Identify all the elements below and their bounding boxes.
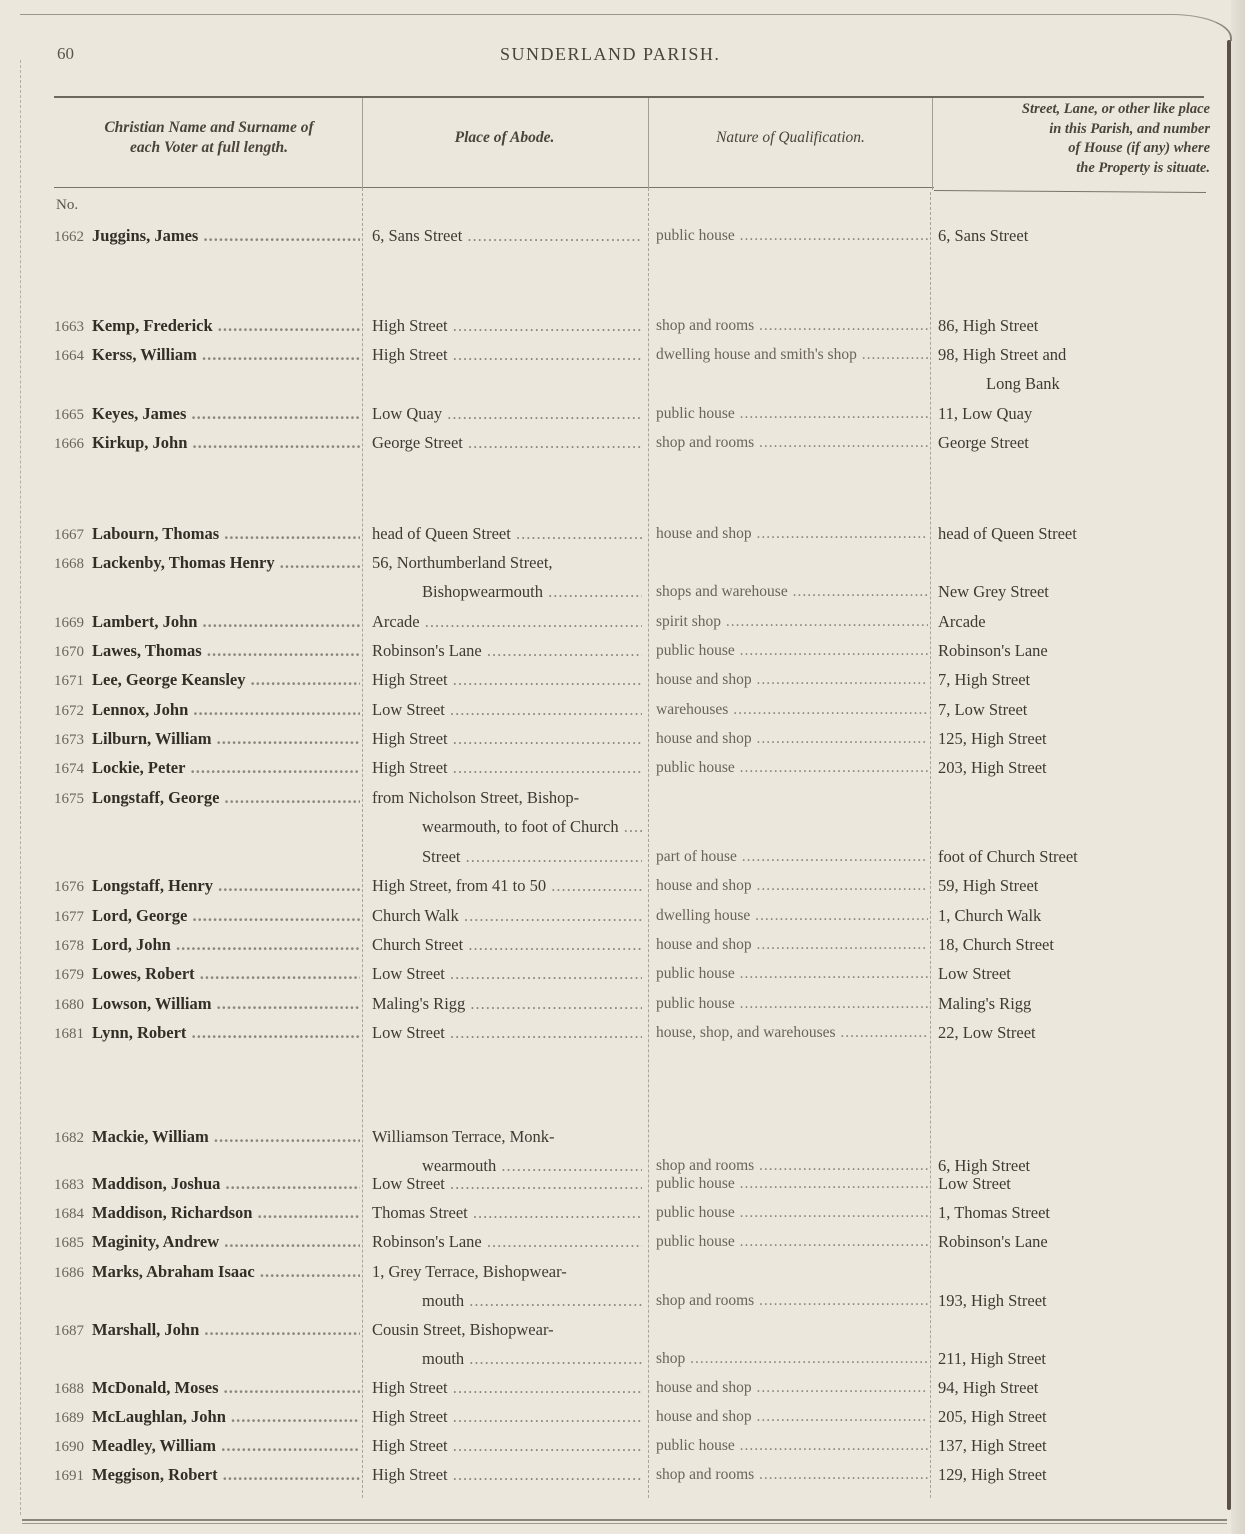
place-of-abode: High Street ............................… (372, 316, 642, 336)
dot-leader: ........................................… (728, 701, 928, 718)
property-location: head of Queen Street (938, 524, 1077, 544)
dot-leader: ........................................… (543, 582, 642, 601)
voter-number: 1691 (54, 1466, 84, 1486)
nature-of-qualification: public house ...........................… (656, 1174, 928, 1194)
dot-leader: ........................................… (836, 1024, 928, 1041)
dot-leader: ........................................… (735, 965, 928, 982)
voter-name: Lawes, Thomas ..........................… (92, 641, 360, 661)
column-header-name-line2: each Voter at full length. (54, 138, 364, 158)
dot-leader: ........................................… (188, 700, 360, 719)
voter-number: 1673 (54, 730, 84, 750)
dot-leader: ........................................… (213, 316, 360, 335)
column-divider-2 (648, 188, 649, 1498)
dot-leader: ........................................… (735, 995, 928, 1012)
dot-leader: ........................................… (185, 758, 360, 777)
dot-leader: ........................................… (754, 1292, 928, 1309)
voter-name: Lowson, William ........................… (92, 994, 360, 1014)
voter-number: 1685 (54, 1233, 84, 1253)
voter-name: Lord, George ...........................… (92, 906, 360, 926)
header-divider-1 (362, 98, 363, 188)
place-of-abode: Low Street .............................… (372, 700, 642, 720)
dot-leader: ........................................… (195, 964, 360, 983)
voter-name: Maginity, Andrew .......................… (92, 1232, 360, 1252)
dot-leader: ........................................… (788, 583, 928, 600)
page-top-curve (20, 14, 1232, 41)
place-of-abode: Robinson's Lane ........................… (372, 641, 642, 661)
property-location: Robinson's Lane (938, 641, 1048, 661)
voter-number: 1687 (54, 1321, 84, 1341)
dot-leader: ........................................… (445, 1174, 642, 1193)
nature-of-qualification: dwelling house and smith's shop ........… (656, 345, 928, 365)
dot-leader: ........................................… (197, 345, 360, 364)
property-location: 94, High Street (938, 1378, 1038, 1398)
nature-of-qualification: shops and warehouse ....................… (656, 582, 928, 602)
voter-number: 1665 (54, 405, 84, 425)
column-header-property-line1: Street, Lane, or other like place (932, 100, 1210, 120)
voter-name: Juggins, James .........................… (92, 226, 360, 246)
dot-leader: ........................................… (496, 1156, 642, 1175)
nature-of-qualification: shop and rooms .........................… (656, 433, 928, 453)
voter-name: Lynn, Robert ...........................… (92, 1023, 360, 1043)
dot-leader: ........................................… (752, 671, 928, 688)
nature-of-qualification: public house ...........................… (656, 758, 928, 778)
place-of-abode: head of Queen Street ...................… (372, 524, 642, 544)
dot-leader: ........................................… (448, 1378, 642, 1397)
place-of-abode: 6, Sans Street .........................… (372, 226, 642, 246)
dot-leader: ........................................… (218, 1465, 360, 1484)
property-location: Long Bank (986, 374, 1060, 394)
nature-of-qualification: public house ...........................… (656, 1436, 928, 1456)
dot-leader: ........................................… (685, 1350, 928, 1367)
place-of-abode: Thomas Street ..........................… (372, 1203, 642, 1223)
voter-name: Lambert, John ..........................… (92, 612, 360, 632)
dot-leader: ........................................… (735, 1233, 928, 1250)
property-location: George Street (938, 433, 1029, 453)
column-header-property-line2: in this Parish, and number (932, 120, 1210, 140)
property-location: 22, Low Street (938, 1023, 1036, 1043)
place-of-abode: mouth ..................................… (422, 1291, 642, 1311)
place-of-abode: George Street ..........................… (372, 433, 642, 453)
dot-leader: ........................................… (187, 906, 360, 925)
place-of-abode: Low Street .............................… (372, 1174, 642, 1194)
header-divider-2 (648, 98, 649, 188)
voter-number: 1671 (54, 671, 84, 691)
voter-number: 1663 (54, 317, 84, 337)
property-location: Low Street (938, 964, 1011, 984)
dot-leader: ........................................… (735, 1437, 928, 1454)
place-of-abode: Street .................................… (422, 847, 642, 867)
dot-leader: ........................................… (216, 1436, 360, 1455)
column-header-property: Street, Lane, or other like place in thi… (932, 100, 1210, 178)
dot-leader: ........................................… (752, 877, 928, 894)
voter-number: 1679 (54, 965, 84, 985)
voter-number: 1686 (54, 1263, 84, 1283)
dot-leader: ........................................… (212, 729, 360, 748)
book-gutter-shadow (1231, 0, 1245, 1534)
voter-name: Mackie, William ........................… (92, 1127, 360, 1147)
place-of-abode: Low Quay ...............................… (372, 404, 642, 424)
number-column-label: No. (56, 197, 78, 214)
dot-leader: ........................................… (750, 907, 928, 924)
dot-leader: ........................................… (752, 525, 928, 542)
voter-number: 1676 (54, 877, 84, 897)
voter-name: Maddison, Richardson ...................… (92, 1203, 360, 1223)
column-header-name: Christian Name and Surname of each Voter… (54, 118, 364, 158)
dot-leader: ........................................… (752, 1408, 928, 1425)
nature-of-qualification: house and shop .........................… (656, 1378, 928, 1398)
dot-leader: ........................................… (420, 612, 642, 631)
voter-name: Meadley, William .......................… (92, 1436, 360, 1456)
place-of-abode: Maling's Rigg ..........................… (372, 994, 642, 1014)
voter-number: 1681 (54, 1024, 84, 1044)
voter-number: 1688 (54, 1379, 84, 1399)
dot-leader: ........................................… (482, 641, 642, 660)
dot-leader: ........................................… (198, 226, 360, 245)
property-location: 125, High Street (938, 729, 1047, 749)
place-of-abode: Arcade .................................… (372, 612, 642, 632)
nature-of-qualification: house and shop .........................… (656, 876, 928, 896)
place-of-abode: High Street ............................… (372, 729, 642, 749)
page-bottom-rule (22, 1519, 1227, 1521)
column-header-property-line4: the Property is situate. (932, 159, 1210, 179)
header-divider-3 (932, 98, 933, 190)
voter-name: Lackenby, Thomas Henry .................… (92, 553, 360, 573)
dot-leader: ........................................… (754, 317, 928, 334)
dot-leader: ........................................… (448, 1407, 642, 1426)
nature-of-qualification: part of house ..........................… (656, 847, 928, 867)
dot-leader: ........................................… (511, 524, 642, 543)
dot-leader: ........................................… (448, 1465, 642, 1484)
voter-number: 1666 (54, 434, 84, 454)
place-of-abode: Low Street .............................… (372, 1023, 642, 1043)
voter-name: Lee, George Keansley ...................… (92, 670, 360, 690)
place-of-abode: High Street ............................… (372, 1378, 642, 1398)
nature-of-qualification: shop and rooms .........................… (656, 1465, 928, 1485)
column-header-qualification: Nature of Qualification. (648, 128, 933, 148)
voter-name: Meggison, Robert .......................… (92, 1465, 360, 1485)
property-location: 205, High Street (938, 1407, 1047, 1427)
dot-leader: ........................................… (448, 316, 642, 335)
voter-number: 1669 (54, 613, 84, 633)
dot-leader: ........................................… (246, 670, 361, 689)
dot-leader: ........................................… (735, 227, 928, 244)
header-bottom-rule-right (934, 190, 1206, 193)
dot-leader: ........................................… (752, 1379, 928, 1396)
voter-number: 1677 (54, 907, 84, 927)
place-of-abode: Williamson Terrace, Monk- (372, 1127, 642, 1147)
dot-leader: ........................................… (219, 524, 360, 543)
nature-of-qualification: house and shop .........................… (656, 729, 928, 749)
dot-leader: ........................................… (219, 1378, 361, 1397)
voter-number: 1680 (54, 995, 84, 1015)
place-of-abode: Cousin Street, Bishopwear- (372, 1320, 642, 1340)
dot-leader: ........................................… (737, 848, 928, 865)
voter-name: Kerss, William .........................… (92, 345, 360, 365)
property-location: 1, Thomas Street (938, 1203, 1050, 1223)
voter-name: Maddison, Joshua .......................… (92, 1174, 360, 1194)
voter-name: McDonald, Moses ........................… (92, 1378, 360, 1398)
dot-leader: ........................................… (445, 1023, 642, 1042)
property-location: 6, Sans Street (938, 226, 1028, 246)
dot-leader: ........................................… (445, 700, 642, 719)
nature-of-qualification: house and shop .........................… (656, 935, 928, 955)
page-bottom-rule-inner (22, 1523, 1227, 1524)
voter-name: Kemp, Frederick ........................… (92, 316, 360, 336)
property-location: Maling's Rigg (938, 994, 1031, 1014)
property-location: foot of Church Street (938, 847, 1078, 867)
dot-leader: ........................................… (252, 1203, 360, 1222)
dot-leader: ........................................… (448, 758, 642, 777)
column-header-property-line3: of House (if any) where (932, 139, 1210, 159)
dot-leader: ........................................… (754, 1466, 928, 1483)
property-location: Robinson's Lane (938, 1232, 1048, 1252)
property-location: 98, High Street and (938, 345, 1066, 365)
voter-name: Keyes, James ...........................… (92, 404, 360, 424)
place-of-abode: Robinson's Lane ........................… (372, 1232, 642, 1252)
dot-leader: ........................................… (735, 1175, 928, 1192)
dot-leader: ........................................… (464, 1349, 642, 1368)
dot-leader: ........................................… (448, 1436, 642, 1455)
place-of-abode: High Street ............................… (372, 758, 642, 778)
dot-leader: ........................................… (752, 730, 928, 747)
column-header-abode: Place of Abode. (362, 128, 647, 148)
dot-leader: ........................................… (463, 935, 642, 954)
nature-of-qualification: shop and rooms .........................… (656, 316, 928, 336)
property-location: 1, Church Walk (938, 906, 1041, 926)
page-right-border (1227, 40, 1231, 1510)
property-location: Low Street (938, 1174, 1011, 1194)
nature-of-qualification: public house ...........................… (656, 1232, 928, 1252)
place-of-abode: wearmouth, to foot of Church ...........… (422, 817, 642, 837)
dot-leader: ........................................… (463, 433, 642, 452)
dot-leader: ........................................… (752, 936, 928, 953)
place-of-abode: from Nicholson Street, Bishop- (372, 788, 642, 808)
dot-leader: ........................................… (546, 876, 642, 895)
dot-leader: ........................................… (197, 612, 360, 631)
dot-leader: ........................................… (212, 994, 360, 1013)
voter-name: Labourn, Thomas ........................… (92, 524, 360, 544)
voter-number: 1668 (54, 554, 84, 574)
property-location: 7, Low Street (938, 700, 1027, 720)
dot-leader: ........................................… (442, 404, 642, 423)
nature-of-qualification: public house ...........................… (656, 404, 928, 424)
dot-leader: ........................................… (255, 1262, 360, 1281)
dot-leader: ........................................… (219, 788, 360, 807)
column-divider-1 (362, 188, 363, 1498)
nature-of-qualification: spirit shop ............................… (656, 612, 928, 632)
place-of-abode: High Street ............................… (372, 1407, 642, 1427)
dot-leader: ........................................… (209, 1127, 360, 1146)
header-top-rule (54, 96, 1204, 98)
place-of-abode: 56, Northumberland Street, (372, 553, 642, 573)
dot-leader: ........................................… (735, 642, 928, 659)
place-of-abode: High Street ............................… (372, 345, 642, 365)
place-of-abode: Low Street .............................… (372, 964, 642, 984)
dot-leader: ........................................… (219, 1232, 360, 1251)
place-of-abode: mouth ..................................… (422, 1349, 642, 1369)
voter-number: 1662 (54, 227, 84, 247)
dot-leader: ........................................… (482, 1232, 642, 1251)
property-location: 18, Church Street (938, 935, 1054, 955)
dot-leader: ........................................… (448, 670, 642, 689)
dot-leader: ........................................… (464, 1291, 642, 1310)
voter-number: 1667 (54, 525, 84, 545)
nature-of-qualification: shop ...................................… (656, 1349, 928, 1369)
property-location: 129, High Street (938, 1465, 1047, 1485)
dot-leader: ........................................… (468, 1203, 642, 1222)
dot-leader: ........................................… (735, 1204, 928, 1221)
dot-leader: ........................................… (721, 613, 928, 630)
property-location: 7, High Street (938, 670, 1030, 690)
dot-leader: ........................................… (465, 994, 642, 1013)
voter-number: 1678 (54, 936, 84, 956)
voter-number: 1682 (54, 1128, 84, 1148)
nature-of-qualification: dwelling house .........................… (656, 906, 928, 926)
nature-of-qualification: public house ...........................… (656, 964, 928, 984)
dot-leader: ........................................… (857, 346, 928, 363)
column-divider-3 (930, 192, 931, 1498)
voter-number: 1664 (54, 346, 84, 366)
dot-leader: ........................................… (459, 906, 642, 925)
voter-name: Longstaff, George ......................… (92, 788, 360, 808)
dot-leader: ........................................… (461, 847, 643, 866)
nature-of-qualification: house and shop .........................… (656, 670, 928, 690)
dot-leader: ........................................… (199, 1320, 360, 1339)
nature-of-qualification: shop and rooms .........................… (656, 1291, 928, 1311)
dot-leader: ........................................… (187, 433, 360, 452)
place-of-abode: High Street ............................… (372, 670, 642, 690)
place-of-abode: Church Street ..........................… (372, 935, 642, 955)
nature-of-qualification: house and shop .........................… (656, 1407, 928, 1427)
column-header-name-line1: Christian Name and Surname of (54, 118, 364, 138)
property-location: 59, High Street (938, 876, 1038, 896)
page-left-margin-line (20, 60, 21, 1515)
voter-number: 1672 (54, 701, 84, 721)
dot-leader: ........................................… (202, 641, 360, 660)
page-number: 60 (57, 44, 74, 64)
dot-leader: ........................................… (220, 1174, 360, 1193)
dot-leader: ........................................… (448, 345, 642, 364)
nature-of-qualification: house, shop, and warehouses ............… (656, 1023, 928, 1043)
dot-leader: ........................................… (213, 876, 360, 895)
voter-name: Marshall, John .........................… (92, 1320, 360, 1340)
voter-name: McLaughlan, John .......................… (92, 1407, 360, 1427)
property-location: 86, High Street (938, 316, 1038, 336)
register-page: 60 SUNDERLAND PARISH. Christian Name and… (0, 0, 1245, 1534)
dot-leader: ........................................… (462, 226, 642, 245)
voter-name: Kirkup, John ...........................… (92, 433, 360, 453)
voter-number: 1684 (54, 1204, 84, 1224)
voter-name: Longstaff, Henry .......................… (92, 876, 360, 896)
voter-number: 1690 (54, 1437, 84, 1457)
property-location: 203, High Street (938, 758, 1047, 778)
voter-number: 1689 (54, 1408, 84, 1428)
voter-number: 1674 (54, 759, 84, 779)
place-of-abode: Church Walk ............................… (372, 906, 642, 926)
property-location: 193, High Street (938, 1291, 1047, 1311)
voter-name: Lowes, Robert ..........................… (92, 964, 360, 984)
property-location: 211, High Street (938, 1349, 1046, 1369)
nature-of-qualification: public house ...........................… (656, 994, 928, 1014)
dot-leader: ........................................… (735, 405, 928, 422)
place-of-abode: High Street, from 41 to 50 .............… (372, 876, 642, 896)
dot-leader: ........................................… (445, 964, 642, 983)
place-of-abode: High Street ............................… (372, 1436, 642, 1456)
property-location: New Grey Street (938, 582, 1049, 602)
dot-leader: ........................................… (186, 404, 360, 423)
voter-number: 1670 (54, 642, 84, 662)
dot-leader: ........................................… (619, 817, 642, 836)
property-location: Arcade (938, 612, 986, 632)
property-location: 11, Low Quay (938, 404, 1032, 424)
dot-leader: ........................................… (754, 1157, 928, 1174)
voter-name: Lockie, Peter ..........................… (92, 758, 360, 778)
nature-of-qualification: public house ...........................… (656, 1203, 928, 1223)
voter-name: Lilburn, William .......................… (92, 729, 360, 749)
voter-name: Lord, John .............................… (92, 935, 360, 955)
place-of-abode: 1, Grey Terrace, Bishopwear- (372, 1262, 642, 1282)
dot-leader: ........................................… (226, 1407, 360, 1426)
nature-of-qualification: public house ...........................… (656, 641, 928, 661)
dot-leader: ........................................… (171, 935, 360, 954)
nature-of-qualification: house and shop .........................… (656, 524, 928, 544)
header-bottom-rule (54, 187, 934, 188)
place-of-abode: High Street ............................… (372, 1465, 642, 1485)
voter-name: Lennox, John ...........................… (92, 700, 360, 720)
dot-leader: ........................................… (186, 1023, 360, 1042)
nature-of-qualification: public house ...........................… (656, 226, 928, 246)
voter-number: 1683 (54, 1175, 84, 1195)
voter-name: Marks, Abraham Isaac ...................… (92, 1262, 360, 1282)
dot-leader: ........................................… (735, 759, 928, 776)
dot-leader: ........................................… (754, 434, 928, 451)
page-title: SUNDERLAND PARISH. (500, 44, 720, 65)
dot-leader: ........................................… (448, 729, 642, 748)
voter-number: 1675 (54, 789, 84, 809)
property-location: 137, High Street (938, 1436, 1047, 1456)
nature-of-qualification: warehouses .............................… (656, 700, 928, 720)
dot-leader: ........................................… (275, 553, 360, 572)
place-of-abode: Bishopwearmouth ........................… (422, 582, 642, 602)
